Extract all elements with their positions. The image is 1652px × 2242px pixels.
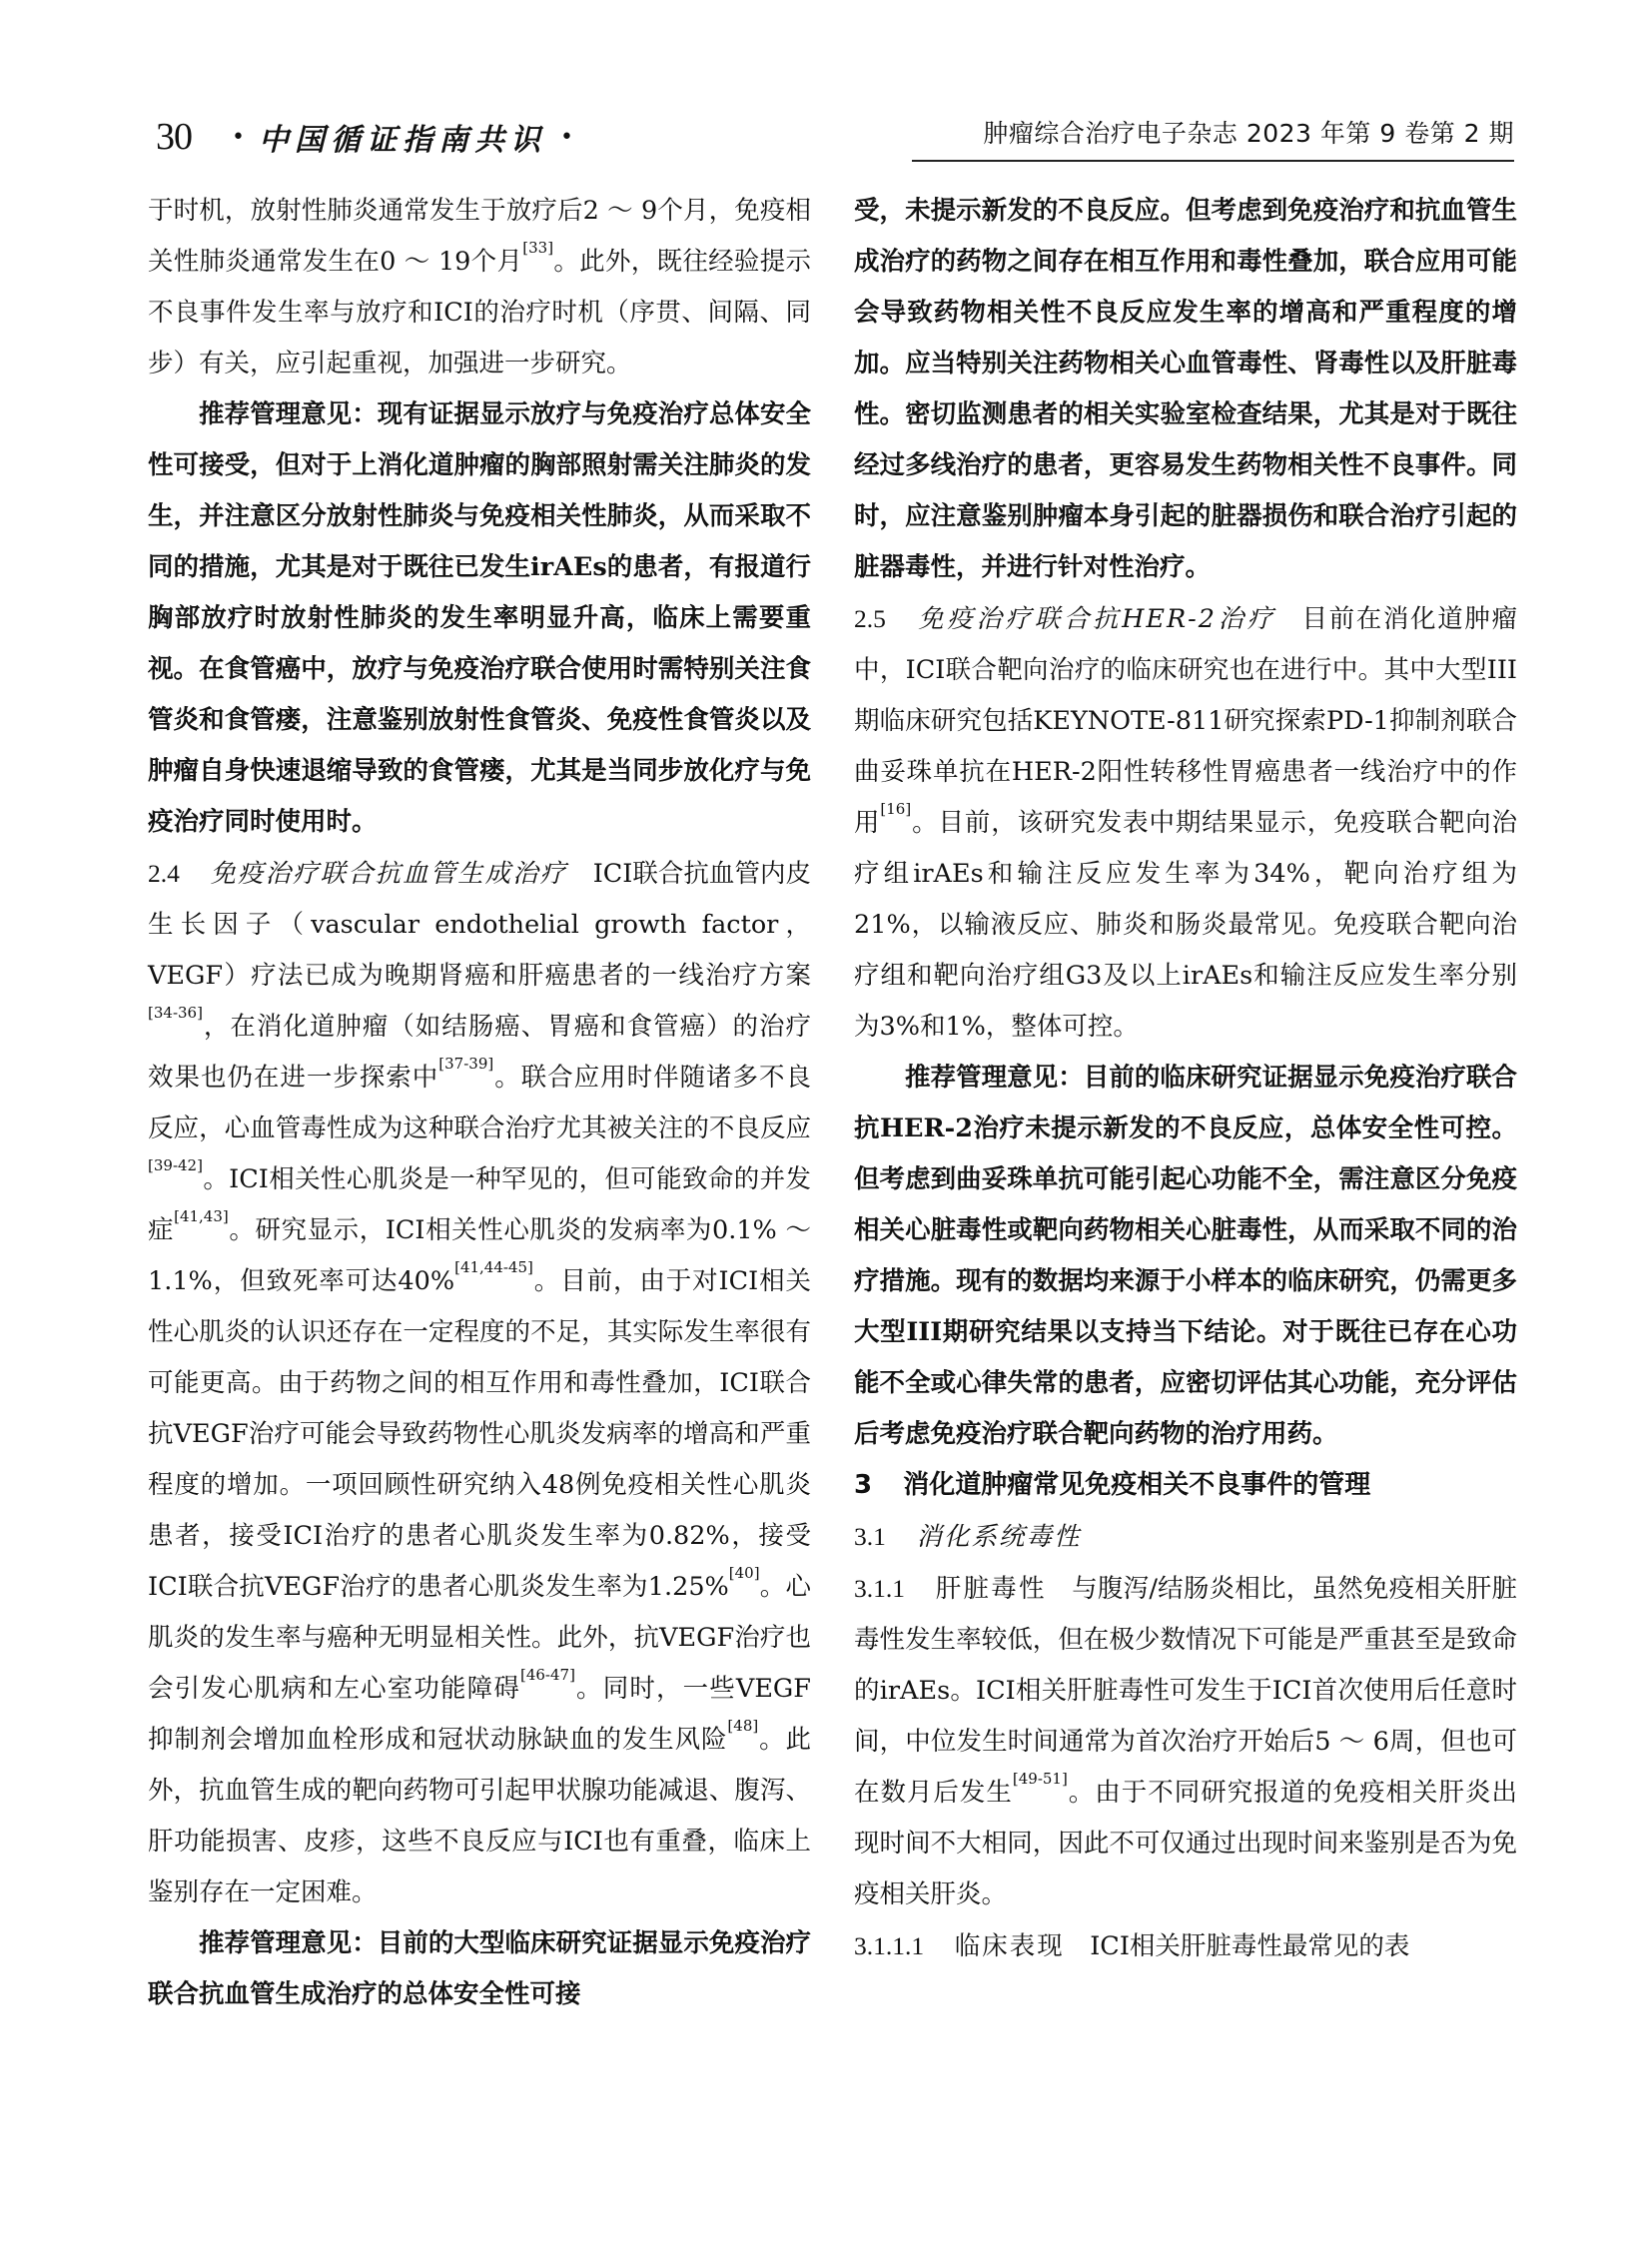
citation: [41,44-45] (454, 1258, 533, 1276)
bullet-icon: • (560, 125, 573, 150)
section-number: 3.1 (854, 1522, 886, 1551)
citation: [34-36] (148, 1004, 203, 1022)
section-number: 3 (854, 1470, 872, 1500)
recommendation-radiotherapy: 推荐管理意见：现有证据显示放疗与免疫治疗总体安全性可接受，但对于上消化道肿瘤的胸… (148, 389, 811, 848)
citation: [46-47] (520, 1666, 575, 1684)
section-3-heading: 3消化道肿瘤常见免疫相关不良事件的管理 (854, 1460, 1517, 1511)
section-title: 免疫治疗联合抗血管生成治疗 (210, 859, 567, 889)
citation: [37-39] (438, 1055, 493, 1073)
section-3-1-heading: 3.1消化系统毒性 (854, 1511, 1517, 1563)
section-title: 临床表现 (955, 1931, 1065, 1961)
right-column: 受，未提示新发的不良反应。但考虑到免疫治疗和抗血管生成治疗的药物之间存在相互作用… (854, 186, 1517, 1972)
section-title: 肝脏毒性 (936, 1574, 1047, 1604)
citation: [33] (522, 239, 553, 257)
section-2-4: 2.4免疫治疗联合抗血管生成治疗ICI联合抗血管内皮生长因子（vascular … (148, 848, 811, 1918)
citation: [40] (729, 1564, 760, 1582)
page-number: 30 (156, 115, 192, 159)
recommendation-antiangiogenic-start: 推荐管理意见：目前的大型临床研究证据显示免疫治疗联合抗血管生成治疗的总体安全性可… (148, 1918, 811, 2020)
section-number: 3.1.1 (854, 1574, 905, 1603)
citation: [16] (880, 800, 911, 818)
section-title: 消化道肿瘤常见免疫相关不良事件的管理 (903, 1470, 1370, 1500)
citation: [48] (727, 1717, 758, 1735)
running-header-right: 肿瘤综合治疗电子杂志 2023 年第 9 卷第 2 期 (912, 114, 1514, 162)
journal-section-title: 中国循证指南共识 (259, 115, 546, 159)
recommendation-antiangiogenic-end: 受，未提示新发的不良反应。但考虑到免疫治疗和抗血管生成治疗的药物之间存在相互作用… (854, 186, 1517, 593)
citation: [49-51] (1013, 1770, 1068, 1788)
left-column: 于时机，放射性肺炎通常发生于放疗后2 ～ 9个月，免疫相关性肺炎通常发生在0 ～… (148, 186, 811, 2020)
section-3-1-1-1: 3.1.1.1临床表现ICI相关肝脏毒性最常见的表 (854, 1920, 1517, 1972)
section-number: 2.5 (854, 604, 886, 633)
bullet-icon: • (232, 125, 245, 150)
citation: [41,43] (174, 1207, 229, 1225)
citation: [39-42] (148, 1156, 203, 1174)
running-header-left: 30 • 中国循证指南共识 • (156, 112, 587, 162)
section-title: 免疫治疗联合抗HER-2治疗 (916, 604, 1276, 634)
section-2-5: 2.5免疫治疗联合抗HER-2治疗目前在消化道肿瘤中，ICI联合靶向治疗的临床研… (854, 593, 1517, 1053)
paragraph-radiotherapy-timing: 于时机，放射性肺炎通常发生于放疗后2 ～ 9个月，免疫相关性肺炎通常发生在0 ～… (148, 186, 811, 389)
section-3-1-1: 3.1.1肝脏毒性与腹泻/结肠炎相比，虽然免疫相关肝脏毒性发生率较低，但在极少数… (854, 1563, 1517, 1920)
section-title: 消化系统毒性 (916, 1522, 1081, 1552)
section-number: 3.1.1.1 (854, 1931, 924, 1960)
recommendation-her2: 推荐管理意见：目前的临床研究证据显示免疫治疗联合抗HER-2治疗未提示新发的不良… (854, 1053, 1517, 1460)
section-number: 2.4 (148, 859, 180, 888)
